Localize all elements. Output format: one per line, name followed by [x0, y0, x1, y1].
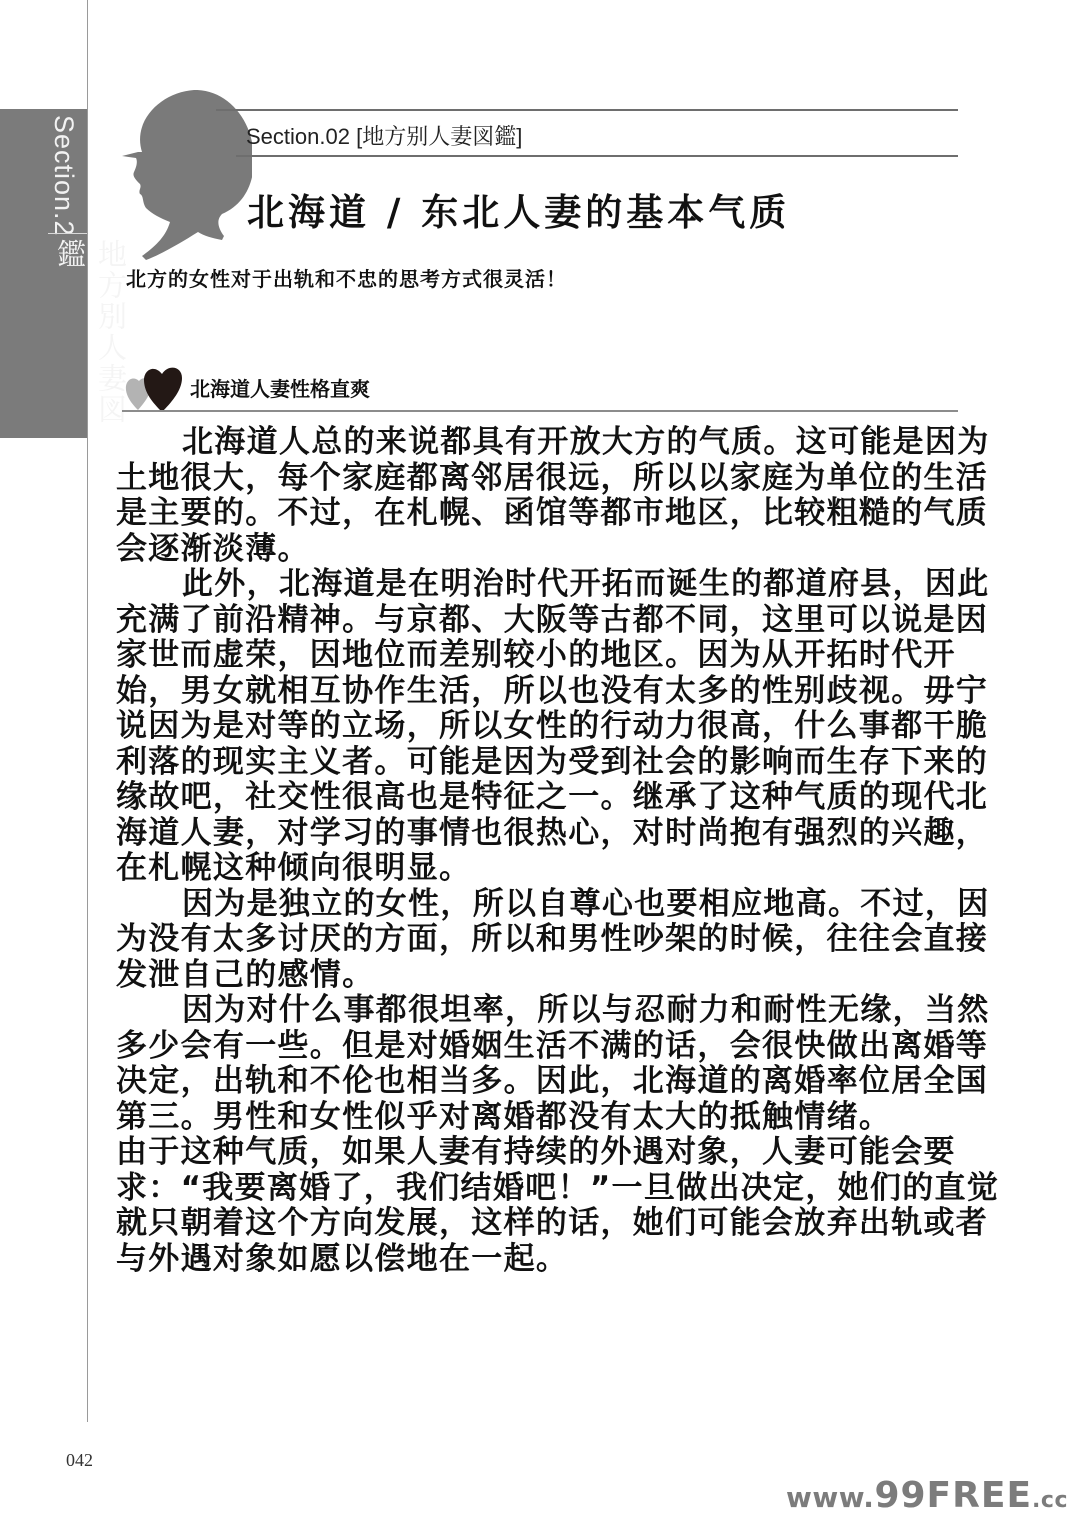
section-label: Section.02 [地方别人妻図鑑]	[246, 120, 522, 151]
side-tab-divider	[48, 233, 87, 234]
side-tab-section-label: Section.2	[48, 115, 79, 237]
watermark-brand: 99FREE	[874, 1475, 1032, 1516]
woman-silhouette-icon	[112, 90, 252, 260]
page-title: 北海道 / 东北人妻的基本气质	[247, 182, 790, 236]
article-body: 北海道人总的来说都具有开放大方的气质。这可能是因为土地很大，每个家庭都离邻居很远…	[116, 425, 1006, 1277]
page-number: 042	[66, 1450, 93, 1471]
body-paragraph-1: 北海道人总的来说都具有开放大方的气质。这可能是因为土地很大，每个家庭都离邻居很远…	[116, 425, 1006, 567]
body-paragraph-2: 此外，北海道是在明治时代开拓而诞生的都道府县，因此充满了前沿精神。与京都、大阪等…	[116, 567, 1006, 887]
hearts-icon	[124, 362, 184, 412]
side-tab-title: 地方別人妻図鑑	[50, 239, 132, 438]
body-paragraph-5: 由于这种气质，如果人妻有持续的外遇对象，人妻可能会要求：“我要离婚了，我们结婚吧…	[116, 1135, 1006, 1277]
watermark-prefix: www.	[786, 1481, 874, 1514]
body-paragraph-4: 因为对什么事都很坦率，所以与忍耐力和耐性无缘，当然多少会有一些。但是对婚姻生活不…	[116, 993, 1006, 1135]
watermark-suffix: .cc	[1032, 1488, 1068, 1513]
subsection-heading: 北海道人妻性格直爽	[190, 373, 370, 402]
subsection-rule	[122, 410, 958, 412]
body-paragraph-3: 因为是独立的女性，所以自尊心也要相应地高。不过，因为没有太多讨厌的方面，所以和男…	[116, 887, 1006, 994]
header-top-rule	[216, 109, 958, 111]
page-subtitle: 北方的女性对于出轨和不忠的思考方式很灵活！	[126, 263, 567, 292]
section-side-tab: Section.2 地方別人妻図鑑	[0, 109, 87, 438]
watermark: www.99FREE.cc	[786, 1475, 1068, 1516]
page-gutter-line	[87, 0, 88, 1422]
header-bottom-rule	[236, 155, 958, 157]
